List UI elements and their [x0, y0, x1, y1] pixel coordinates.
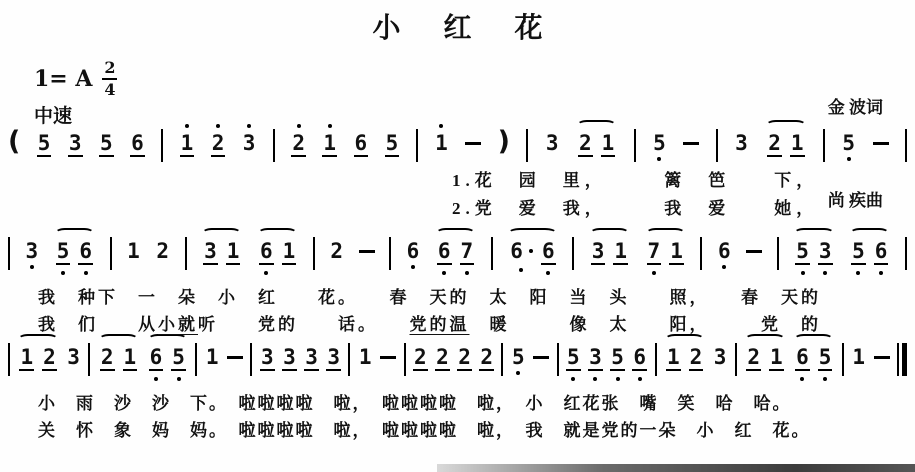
note-digit: 5 — [795, 240, 810, 265]
octave-dot-low — [84, 271, 88, 275]
note-digit: 6 — [259, 240, 274, 265]
note-digit: 1 — [358, 346, 373, 368]
note: 3 — [68, 132, 83, 157]
note: 2 — [291, 132, 306, 157]
note-digit: 1 — [322, 132, 337, 157]
octave-dot-high — [216, 124, 220, 128]
note-digit: 5 — [841, 132, 856, 154]
augmentation-dot — [529, 249, 533, 253]
barline — [842, 343, 844, 376]
note: 5 — [795, 240, 810, 265]
slur-group: 65 — [793, 346, 834, 371]
note-digit: 2 — [42, 346, 57, 371]
note-digit: 3 — [734, 132, 749, 154]
note: 3 — [588, 346, 603, 371]
barline — [250, 343, 252, 376]
barline — [195, 343, 197, 376]
slur-group: 21 — [744, 346, 785, 371]
note: 3 — [203, 240, 218, 265]
note-digit: 5 — [851, 240, 866, 265]
sheet-music-page: 小 红 花 金 波词 尚 疾曲 1= A 2 4 中速 (53561232165… — [0, 0, 915, 472]
note-digit: 7 — [460, 240, 475, 265]
lyric-segment: 小 雨 沙 沙 下。 啦啦啦啦 啦， 啦啦啦啦 啦， 小 红花张 嘴 笑 哈 哈… — [38, 394, 792, 413]
lyricist-credit: 金 波词 — [828, 92, 883, 123]
held-note-dash — [683, 142, 699, 145]
barline — [634, 129, 636, 162]
octave-dot-low — [879, 271, 883, 275]
note-digit: 1 — [205, 346, 220, 368]
key-signature: 1= A 2 4 — [34, 60, 117, 98]
note: 1 — [666, 346, 681, 371]
note-digit: 5 — [652, 132, 667, 154]
note-digit: 3 — [304, 346, 319, 371]
note-digit: 5 — [56, 240, 71, 265]
note: 5 — [385, 132, 400, 157]
note: 3 — [734, 132, 749, 154]
octave-dot-low — [800, 377, 804, 381]
barline-thin — [897, 343, 899, 376]
note-digit: 3 — [545, 132, 560, 154]
note: 3 — [25, 240, 40, 262]
note: 5 — [610, 346, 625, 371]
note-digit: 3 — [68, 132, 83, 157]
scan-edge-artifact — [437, 464, 915, 472]
slur-arc — [148, 334, 187, 344]
note: 3 — [242, 132, 257, 154]
slur-arc — [258, 228, 297, 238]
note: 2 — [329, 240, 344, 262]
note-digit: 1 — [790, 132, 805, 157]
note-digit: 2 — [435, 346, 450, 371]
note: 1 — [282, 240, 297, 265]
barline — [905, 129, 907, 162]
note: 6 — [354, 132, 369, 157]
notation-line-3: 123216513333122225535612321651 — [8, 334, 907, 376]
slur-arc — [794, 334, 833, 344]
barline — [823, 129, 825, 162]
barline — [501, 343, 503, 376]
note-digit: 1 — [769, 346, 784, 371]
note: 3 — [66, 346, 81, 368]
notation-line-2: 356123161266766317165356 — [8, 228, 907, 270]
note: 6 — [406, 240, 421, 262]
held-note-dash — [746, 250, 762, 253]
note-digit: 6 — [795, 346, 810, 371]
note: 3 — [260, 346, 275, 371]
note: 1 — [19, 346, 34, 371]
note: 6 — [509, 240, 533, 265]
note: 1 — [358, 346, 373, 368]
note: 3 — [818, 240, 833, 265]
held-note-dash — [380, 356, 396, 359]
note: 6 — [717, 240, 732, 262]
slur-group: 12 — [664, 346, 705, 371]
barline — [716, 129, 718, 162]
octave-dot-low — [546, 271, 550, 275]
note: 1 — [123, 346, 138, 371]
octave-dot-low — [516, 371, 520, 375]
note-digit: 2 — [155, 240, 170, 262]
note: 1 — [601, 132, 616, 157]
note-digit: 6 — [406, 240, 421, 262]
note: 2 — [479, 346, 494, 371]
barline — [700, 237, 702, 270]
note: 2 — [413, 346, 428, 371]
lyric-segment: 听 党的 话。 — [198, 315, 410, 334]
slur-group: 53 — [793, 240, 834, 265]
note-digit: 1 — [666, 346, 681, 371]
note-digit: 3 — [242, 132, 257, 154]
note-digit: 5 — [37, 132, 52, 157]
note-digit: 1 — [282, 240, 297, 265]
slur-arc — [745, 334, 784, 344]
note: 2 — [578, 132, 593, 157]
barline — [404, 343, 406, 376]
note: 6 — [130, 132, 145, 157]
note-digit: 6 — [149, 346, 164, 371]
note-digit: 3 — [66, 346, 81, 368]
slur-arc — [850, 228, 889, 238]
slur-group: 21 — [98, 346, 139, 371]
note: 5 — [818, 346, 833, 371]
note-digit: 1 — [601, 132, 616, 157]
final-barline — [897, 343, 907, 376]
note: 1 — [851, 346, 866, 368]
octave-dot-low — [616, 377, 620, 381]
lyrics-line-1-verse-1: 1.花 园 里， 篱 笆 下， — [452, 166, 818, 191]
slur-group: 71 — [645, 240, 686, 265]
lyric-segment: 1.花 园 里， 篱 笆 下， — [452, 171, 818, 190]
octave-dot-low — [652, 271, 656, 275]
slur-arc — [436, 228, 475, 238]
slur-arc — [577, 120, 616, 130]
note: 3 — [713, 346, 728, 368]
note-digit: 5 — [99, 132, 114, 157]
slur-arc — [590, 228, 629, 238]
slur-arc — [665, 334, 704, 344]
note: 1 — [126, 240, 141, 262]
slur-group: 56 — [54, 240, 95, 265]
note: 2 — [457, 346, 472, 371]
barline — [313, 237, 315, 270]
note: 1 — [322, 132, 337, 157]
note-digit: 2 — [211, 132, 226, 157]
note-digit: 3 — [588, 346, 603, 371]
note-digit: 5 — [566, 346, 581, 371]
barline — [557, 343, 559, 376]
octave-dot-low — [571, 377, 575, 381]
note-digit: 2 — [100, 346, 115, 371]
note: 6 — [78, 240, 93, 265]
held-note-dash — [465, 142, 481, 145]
octave-dot-high — [439, 124, 443, 128]
meter-numerator: 2 — [104, 60, 115, 76]
slur-group: 61 — [257, 240, 298, 265]
note-digit: 5 — [818, 346, 833, 371]
barline — [88, 343, 90, 376]
barline — [655, 343, 657, 376]
held-note-dash — [874, 356, 890, 359]
note: 1 — [180, 132, 195, 157]
note-digit: 2 — [689, 346, 704, 371]
note: 6 — [795, 346, 810, 371]
note: 3 — [282, 346, 297, 371]
slur-arc — [55, 228, 94, 238]
note-digit: 6 — [354, 132, 369, 157]
lyric-segment: 小就 — [158, 315, 198, 334]
slur-group: 65 — [147, 346, 188, 371]
notation-line-1: (535612321651)32153215 — [8, 120, 907, 162]
note-digit: 5 — [385, 132, 400, 157]
note: 7 — [460, 240, 475, 265]
octave-dot-low — [593, 377, 597, 381]
held-note-dash — [873, 142, 889, 145]
note-digit: 2 — [291, 132, 306, 157]
note: 5 — [171, 346, 186, 371]
note: 2 — [100, 346, 115, 371]
octave-dot-low — [154, 377, 158, 381]
note: 5 — [652, 132, 667, 154]
lyrics-line-3-verse-2: 关 怀 象 妈 妈。 啦啦啦啦 啦， 啦啦啦啦 啦， 我 就是党的一朵 小 红 … — [38, 416, 811, 441]
barline — [8, 237, 10, 270]
note-digit: 3 — [326, 346, 341, 371]
note: 1 — [790, 132, 805, 157]
note: 5 — [851, 240, 866, 265]
note-digit: 1 — [669, 240, 684, 265]
note-digit: 1 — [123, 346, 138, 371]
barline — [491, 237, 493, 270]
note: 3 — [545, 132, 560, 154]
note-digit: 1 — [126, 240, 141, 262]
note-digit: 2 — [329, 240, 344, 262]
octave-dot-low — [264, 271, 268, 275]
note-digit: 2 — [457, 346, 472, 371]
slur-group: 21 — [765, 132, 806, 157]
note-digit: 3 — [591, 240, 606, 265]
note-digit: 3 — [818, 240, 833, 265]
barline — [185, 237, 187, 270]
note-digit: 6 — [130, 132, 145, 157]
note-digit: 1 — [19, 346, 34, 371]
slur-arc — [18, 334, 57, 344]
note: 3 — [591, 240, 606, 265]
octave-dot-low — [722, 265, 726, 269]
note-digit: 1 — [180, 132, 195, 157]
barline — [526, 129, 528, 162]
note: 6 — [632, 346, 647, 371]
note: 6 — [437, 240, 452, 265]
note: 1 — [613, 240, 628, 265]
note: 5 — [99, 132, 114, 157]
note-digit: 7 — [647, 240, 662, 265]
note: 1 — [205, 346, 220, 368]
note: 2 — [689, 346, 704, 371]
note-digit: 5 — [511, 346, 526, 368]
note: 2 — [767, 132, 782, 157]
octave-dot-high — [328, 124, 332, 128]
lyric-segment: 2.党 爱 我， 我 爱 她， — [452, 199, 818, 218]
octave-dot-low — [823, 271, 827, 275]
barline — [777, 237, 779, 270]
octave-dot-low — [801, 271, 805, 275]
note: 2 — [435, 346, 450, 371]
slur-group: 66 — [507, 240, 557, 265]
note-digit: 6 — [78, 240, 93, 265]
note: 7 — [647, 240, 662, 265]
barline — [8, 343, 10, 376]
barline — [161, 129, 163, 162]
barline — [348, 343, 350, 376]
note: 6 — [149, 346, 164, 371]
note-digit: 5 — [171, 346, 186, 371]
lyric-segment: 我 们 从 — [38, 315, 158, 334]
note-digit: 3 — [203, 240, 218, 265]
note-digit: 3 — [713, 346, 728, 368]
note-digit: 2 — [746, 346, 761, 371]
note-digit: 6 — [632, 346, 647, 371]
barline — [389, 237, 391, 270]
lyric-segment: 我 种下 一 朵 小 红 花。 春 天的 太 阳 当 头 照， 春 天的 — [38, 288, 821, 307]
note-digit: 6 — [437, 240, 452, 265]
note-digit: 6 — [509, 240, 524, 262]
song-title: 小 红 花 — [0, 6, 915, 46]
slur-arc — [99, 334, 138, 344]
note: 1 — [434, 132, 449, 154]
slur-group: 31 — [589, 240, 630, 265]
octave-dot-low — [847, 157, 851, 161]
octave-dot-low — [465, 271, 469, 275]
octave-dot-high — [297, 124, 301, 128]
barline — [905, 237, 907, 270]
octave-dot-low — [411, 265, 415, 269]
slur-arc — [794, 228, 833, 238]
barline — [273, 129, 275, 162]
note: 5 — [841, 132, 856, 154]
note-digit: 3 — [25, 240, 40, 262]
note-digit: 1 — [851, 346, 866, 368]
note: 2 — [211, 132, 226, 157]
note-digit: 6 — [717, 240, 732, 262]
note-digit: 2 — [578, 132, 593, 157]
note-digit: 6 — [541, 240, 556, 265]
slur-group: 31 — [201, 240, 242, 265]
meter-fraction: 2 4 — [102, 60, 117, 98]
barline — [110, 237, 112, 270]
octave-dot-low — [856, 271, 860, 275]
meter-denominator: 4 — [104, 82, 115, 98]
octave-dot-high — [185, 124, 189, 128]
octave-dot-low — [519, 268, 523, 272]
octave-dot-low — [30, 265, 34, 269]
note: 5 — [566, 346, 581, 371]
lyric-segment: 暖 像 太 阳， 党 的 — [470, 315, 822, 334]
held-note-dash — [533, 356, 549, 359]
note-digit: 1 — [226, 240, 241, 265]
slur-arc — [508, 228, 556, 238]
note: 5 — [37, 132, 52, 157]
note: 6 — [541, 240, 556, 265]
note-digit: 3 — [282, 346, 297, 371]
octave-dot-low — [823, 377, 827, 381]
held-note-dash — [359, 250, 375, 253]
lyric-segment: 关 怀 象 妈 妈。 啦啦啦啦 啦， 啦啦啦啦 啦， 我 就是党的一朵 小 红 … — [38, 421, 811, 440]
note: 1 — [226, 240, 241, 265]
octave-dot-low — [442, 271, 446, 275]
note: 5 — [56, 240, 71, 265]
note-digit: 2 — [767, 132, 782, 157]
barline — [572, 237, 574, 270]
octave-dot-low — [638, 377, 642, 381]
note-digit: 6 — [874, 240, 889, 265]
note: 1 — [669, 240, 684, 265]
slur-group: 12 — [17, 346, 58, 371]
note: 3 — [304, 346, 319, 371]
note: 2 — [155, 240, 170, 262]
barline — [416, 129, 418, 162]
octave-dot-low — [177, 377, 181, 381]
note: 5 — [511, 346, 526, 368]
lyrics-line-1-verse-2: 2.党 爱 我， 我 爱 她， — [452, 194, 818, 219]
lyrics-line-2-verse-1: 我 种下 一 朵 小 红 花。 春 天的 太 阳 当 头 照， 春 天的 — [38, 283, 821, 308]
barline-thick — [902, 343, 907, 376]
slur-group: 67 — [435, 240, 476, 265]
note: 2 — [746, 346, 761, 371]
note-digit: 2 — [479, 346, 494, 371]
slur-group: 56 — [849, 240, 890, 265]
composer-credit: 尚 疾曲 — [828, 185, 883, 216]
note: 2 — [42, 346, 57, 371]
note-digit: 2 — [413, 346, 428, 371]
key-prefix: 1= A — [34, 66, 92, 92]
held-note-dash — [227, 356, 243, 359]
intro-close-paren: ) — [498, 128, 510, 155]
note: 6 — [259, 240, 274, 265]
note-digit: 5 — [610, 346, 625, 371]
slur-group: 21 — [576, 132, 617, 157]
lyric-segment: 党的温 — [410, 315, 470, 334]
intro-open-paren: ( — [8, 128, 20, 155]
octave-dot-low — [61, 271, 65, 275]
note: 6 — [874, 240, 889, 265]
slur-arc — [766, 120, 805, 130]
note: 3 — [326, 346, 341, 371]
note: 1 — [769, 346, 784, 371]
note-digit: 3 — [260, 346, 275, 371]
note-digit: 1 — [434, 132, 449, 154]
octave-dot-high — [247, 124, 251, 128]
slur-arc — [646, 228, 685, 238]
barline — [735, 343, 737, 376]
lyrics-line-2-verse-2: 我 们 从小就听 党的 话。 党的温 暖 像 太 阳， 党 的 — [38, 310, 821, 335]
note-digit: 1 — [613, 240, 628, 265]
slur-arc — [202, 228, 241, 238]
lyrics-line-3-verse-1: 小 雨 沙 沙 下。 啦啦啦啦 啦， 啦啦啦啦 啦， 小 红花张 嘴 笑 哈 哈… — [38, 389, 792, 414]
octave-dot-low — [657, 157, 661, 161]
